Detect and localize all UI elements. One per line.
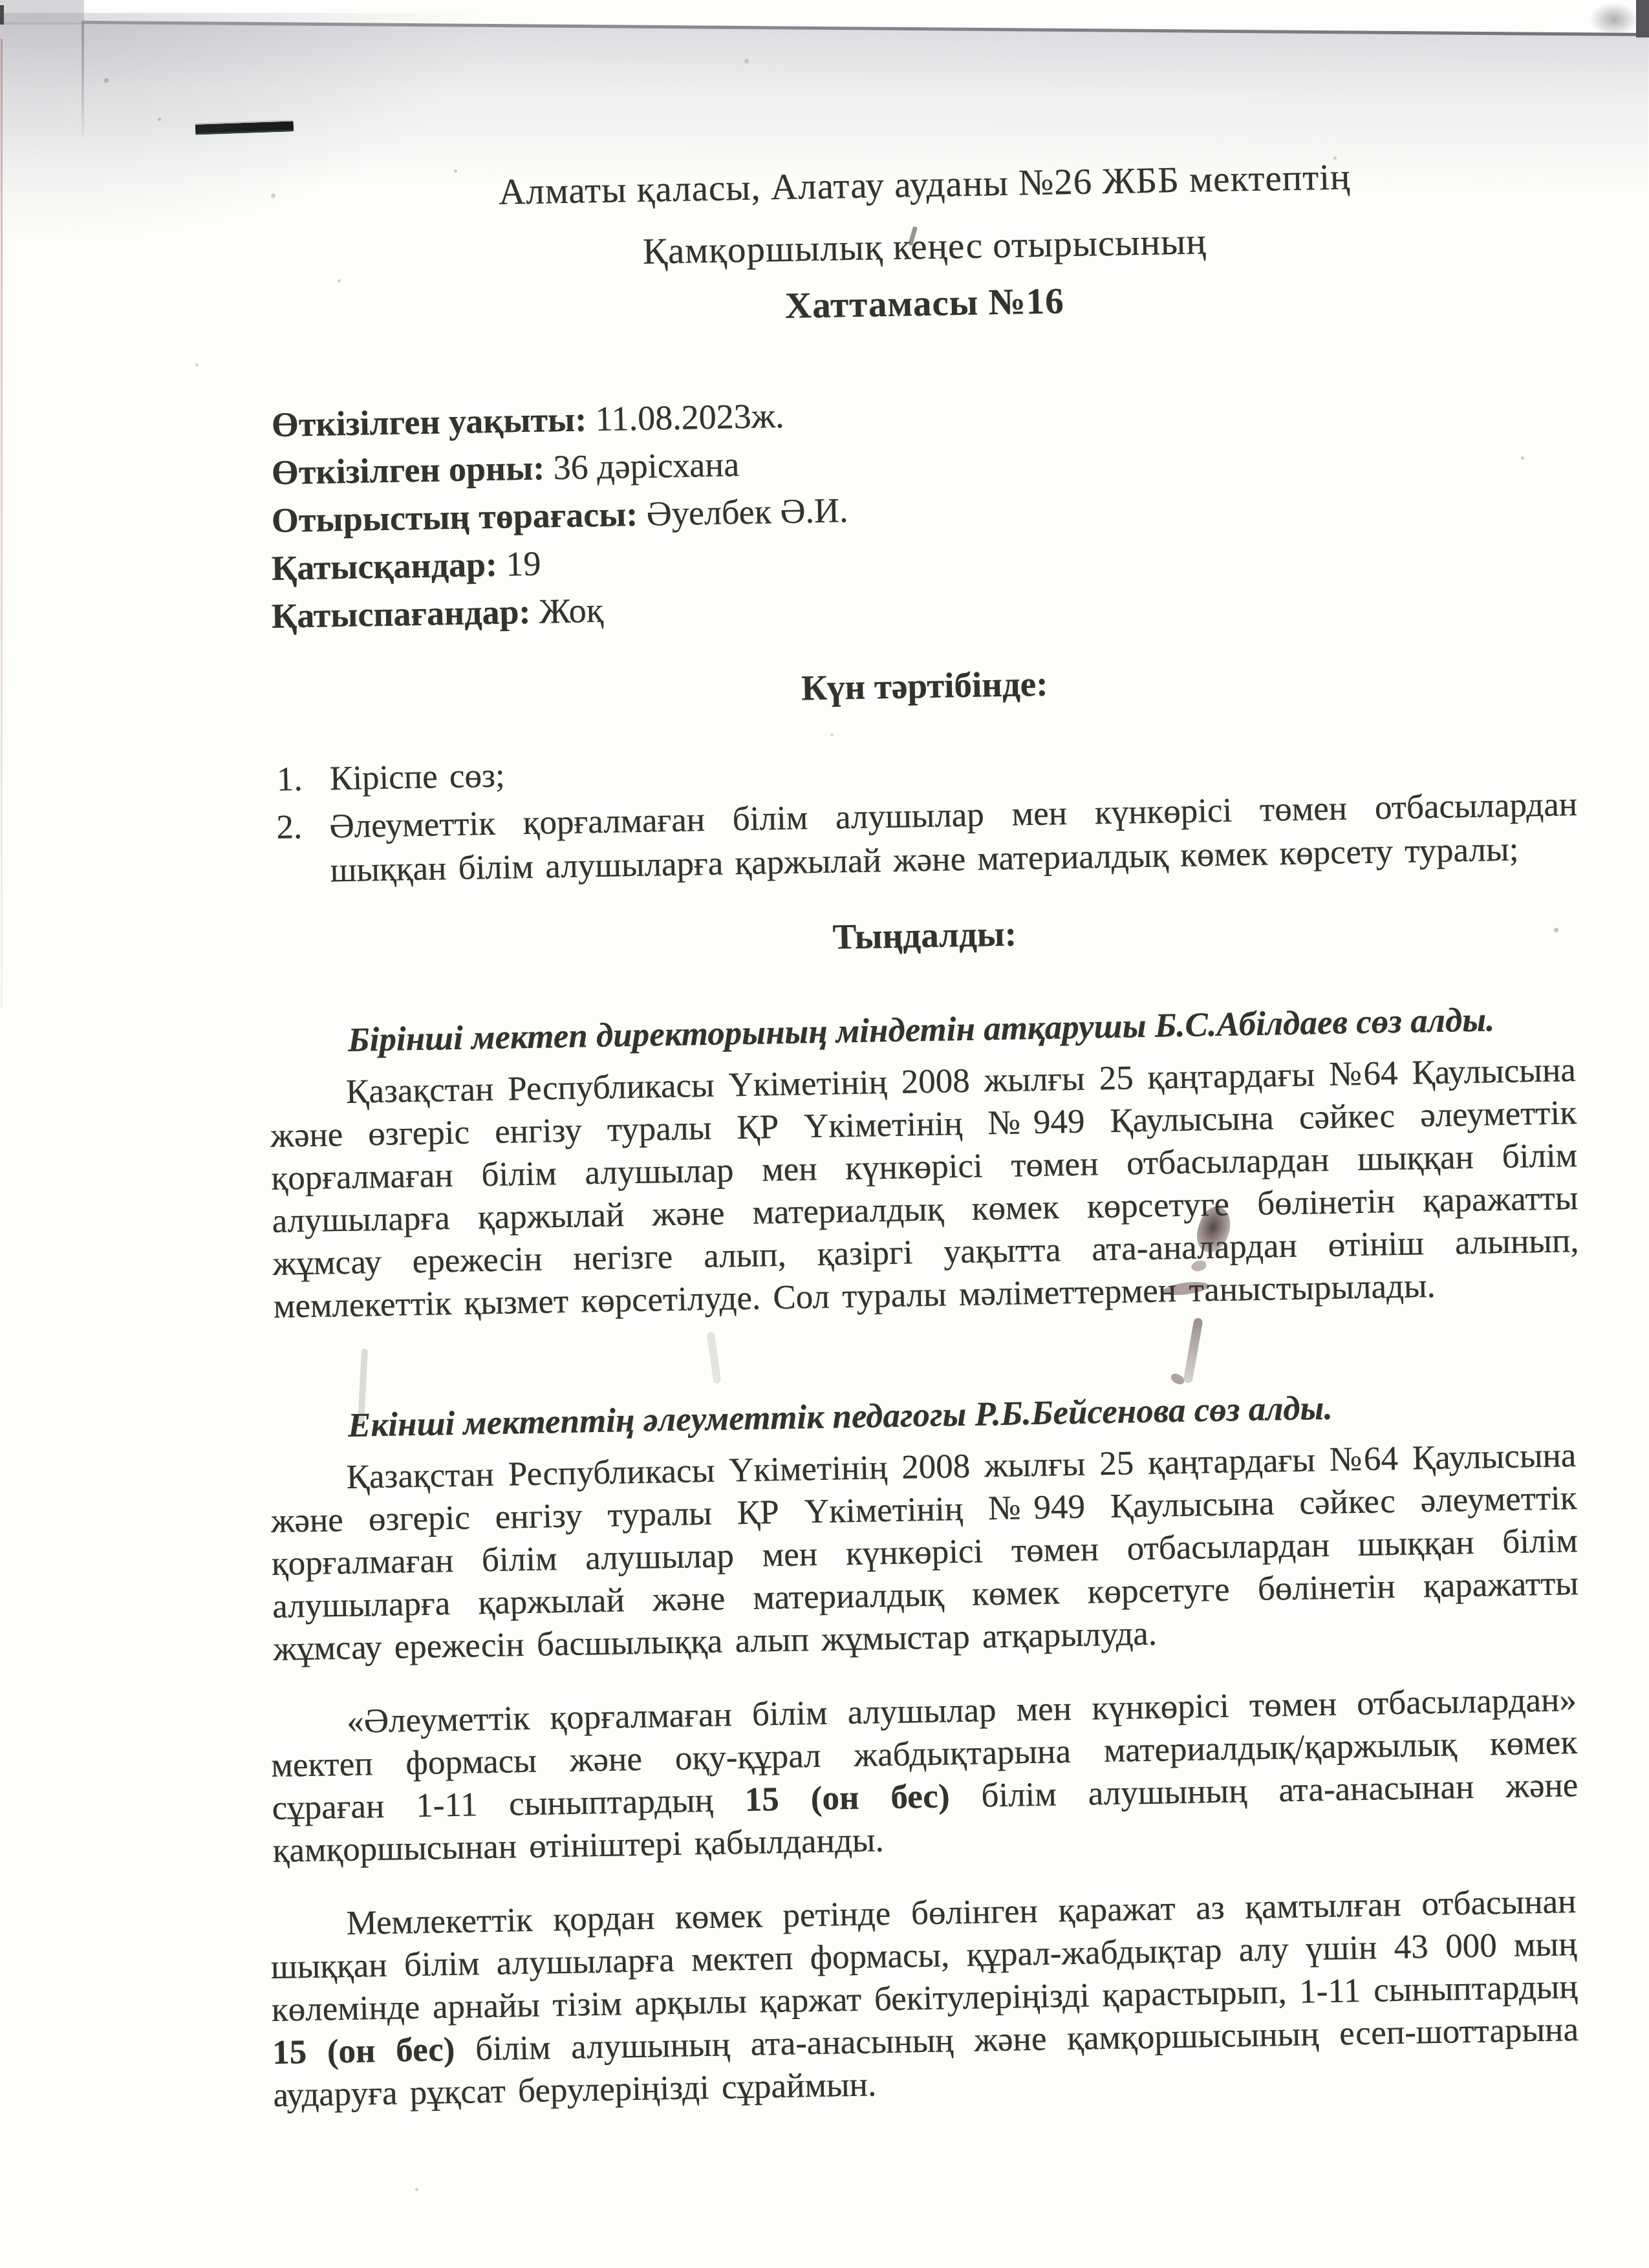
paragraph-4-text: Мемлекеттік қордан көмек ретінде бөлінге… — [270, 1883, 1578, 2029]
scan-speckles — [0, 0, 3, 3]
page-title-line-2: Қамқоршылық кеңес отырысының — [271, 215, 1578, 279]
paragraph-1: Қазақстан Республикасы Үкіметінің 2008 ж… — [269, 1049, 1580, 1328]
meta-label-place: Өткізілген орны: — [271, 448, 544, 492]
meta-value-place: 36 дәрісхана — [553, 445, 739, 487]
scan-left-edge-line — [1, 39, 3, 1009]
paragraph-2: Қазақстан Республикасы Үкіметінің 2008 ж… — [270, 1434, 1580, 1671]
meta-label-time: Өткізілген уақыты: — [271, 400, 587, 444]
scan-left-edge-tick — [0, 5, 4, 25]
agenda-item-2-text: Әлеуметтік қорғалмаған білім алушылар ме… — [329, 782, 1579, 892]
page-title-line-3: Хаттамасы №16 — [271, 272, 1578, 336]
scan-smudge-top-right — [1590, 3, 1639, 36]
heard-heading: Тыңдалды: — [271, 904, 1578, 967]
meeting-meta-block: Өткізілген уақыты: 11.08.2023ж. Өткізілг… — [272, 401, 1578, 640]
meta-label-chairman: Отырыстың төрағасы: — [271, 495, 638, 540]
meta-value-absent: Жоқ — [539, 591, 603, 631]
meta-value-attended: 19 — [506, 544, 541, 584]
agenda-item-1-number: 1. — [271, 756, 330, 802]
paragraph-3-bold-count: 15 (он бес) — [744, 1777, 950, 1819]
scanned-document-page: Алматы қаласы, Алатау ауданы №26 ЖББ мек… — [0, 0, 1649, 2268]
meta-value-time: 11.08.2023ж. — [595, 396, 784, 438]
agenda-item-2-number: 2. — [271, 804, 330, 893]
paragraph-4: Мемлекеттік қордан көмек ретінде бөлінге… — [270, 1880, 1580, 2117]
document-content: Алматы қаласы, Алатау ауданы №26 ЖББ мек… — [272, 0, 1578, 2117]
agenda-list: 1. Кіріспе сөз; 2. Әлеуметтік қорғалмаға… — [272, 758, 1578, 893]
paragraph-4-text-end: білім алушының ата-анасының және қамқорш… — [273, 2011, 1579, 2114]
page-title-line-1: Алматы қаласы, Алатау ауданы №26 ЖББ мек… — [271, 153, 1578, 217]
agenda-item-2: 2. Әлеуметтік қорғалмаған білім алушылар… — [271, 782, 1579, 893]
scan-corner-shade-top-left — [0, 0, 84, 25]
meta-value-chairman: Әуелбек Ә.И. — [646, 491, 848, 533]
scan-page-edge-vertical — [81, 23, 84, 136]
scan-corner-mark-top-right — [1636, 0, 1649, 37]
paragraph-4-bold-count: 15 (он бес) — [272, 2031, 455, 2071]
meta-label-absent: Қатыспағандар: — [271, 592, 531, 636]
agenda-heading: Күн тәртібінде: — [271, 654, 1578, 718]
paragraph-3: «Әлеуметтік қорғалмаған білім алушылар м… — [270, 1678, 1579, 1872]
meta-label-attended: Қатысқандар: — [271, 545, 497, 588]
